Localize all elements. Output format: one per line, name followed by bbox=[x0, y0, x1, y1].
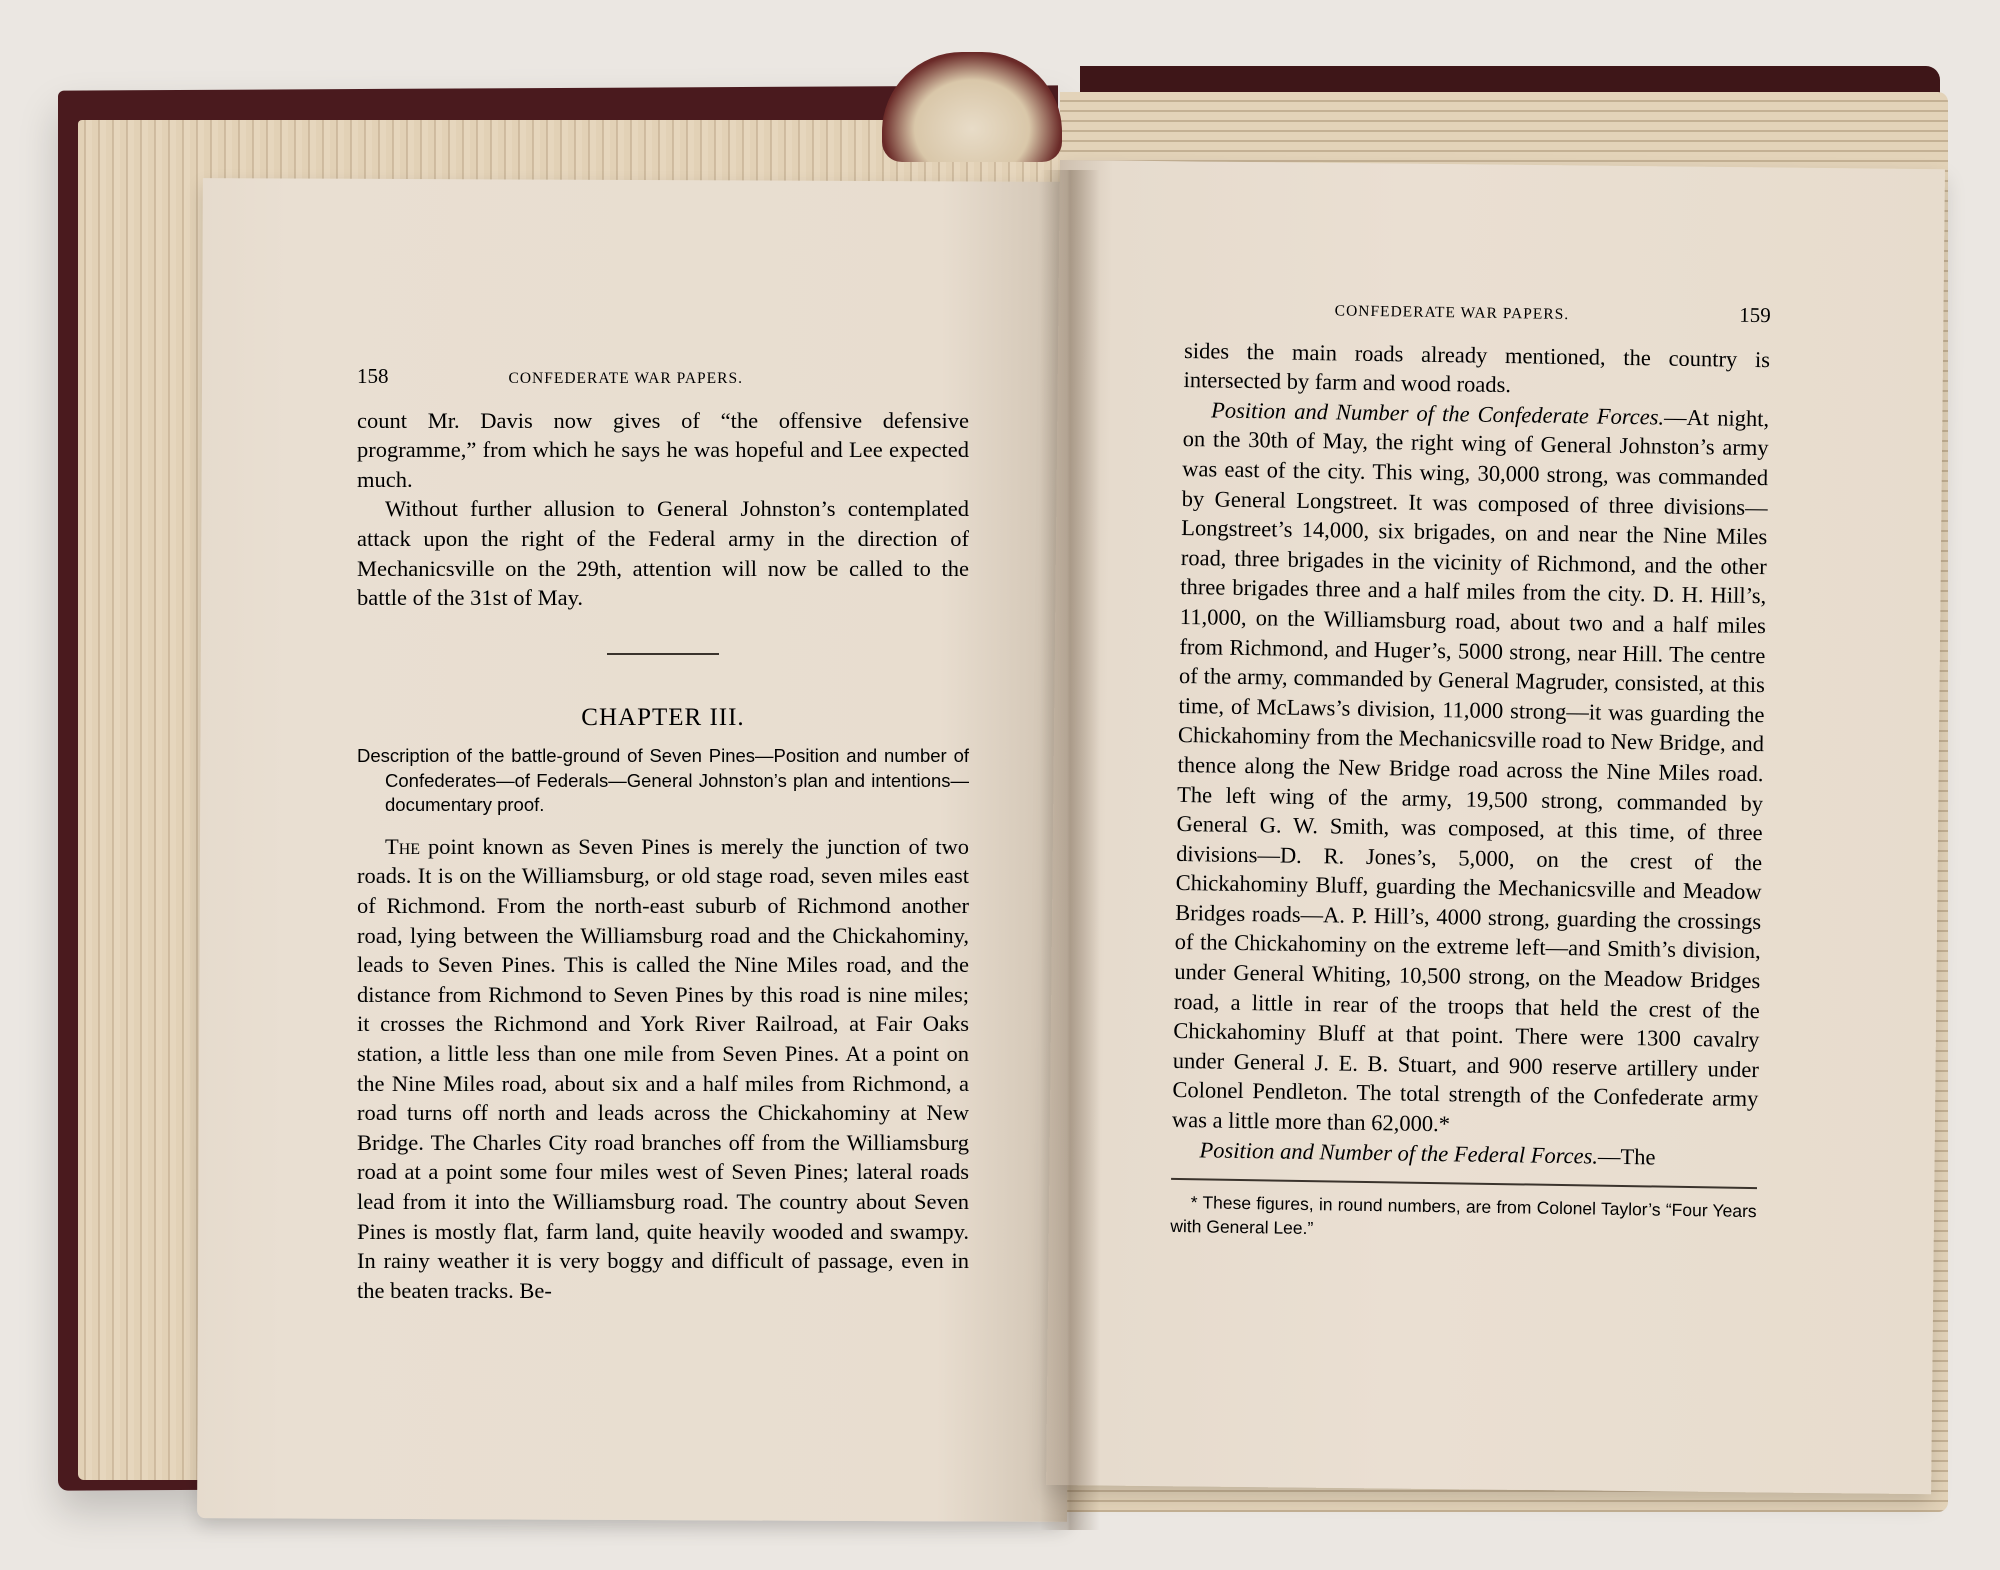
opening-text: point known as Seven Pines is merely the… bbox=[357, 834, 969, 1303]
right-page-text: CONFEDERATE WAR PAPERS. 159 sides the ma… bbox=[1170, 292, 1771, 1247]
paragraph: count Mr. Davis now gives of “the offens… bbox=[357, 406, 969, 495]
footnote-divider bbox=[1171, 1178, 1757, 1189]
section-heading: Position and Number of the Confederate F… bbox=[1211, 397, 1664, 429]
paragraph: sides the main roads already mentioned, … bbox=[1183, 336, 1770, 404]
footnote: * These figures, in round numbers, are f… bbox=[1170, 1190, 1757, 1247]
section-paragraph-confederate: Position and Number of the Confederate F… bbox=[1172, 395, 1770, 1144]
running-title: CONFEDERATE WAR PAPERS. bbox=[1334, 296, 1569, 329]
chapter-opening-paragraph: The point known as Seven Pines is merely… bbox=[357, 832, 969, 1306]
open-book-photo: 158 CONFEDERATE WAR PAPERS. count Mr. Da… bbox=[0, 0, 2000, 1570]
chapter-title: CHAPTER III. bbox=[357, 703, 969, 733]
running-title: CONFEDERATE WAR PAPERS. bbox=[509, 364, 743, 394]
page-number: 159 bbox=[1739, 301, 1771, 331]
section-heading: Position and Number of the Federal Force… bbox=[1199, 1137, 1598, 1168]
section-text: —At night, on the 30th of May, the right… bbox=[1172, 404, 1769, 1136]
paragraph: Without further allusion to General John… bbox=[357, 494, 969, 612]
opening-word: The bbox=[385, 834, 420, 859]
left-running-head: 158 CONFEDERATE WAR PAPERS. bbox=[357, 362, 969, 394]
chapter-summary: Description of the battle-ground of Seve… bbox=[357, 744, 969, 818]
book-gutter bbox=[1040, 170, 1100, 1530]
book-spine-headband bbox=[882, 52, 1062, 162]
section-text: —The bbox=[1598, 1143, 1656, 1169]
section-divider bbox=[607, 653, 719, 655]
page-number: 158 bbox=[357, 362, 389, 392]
left-page-text: 158 CONFEDERATE WAR PAPERS. count Mr. Da… bbox=[357, 362, 969, 1305]
